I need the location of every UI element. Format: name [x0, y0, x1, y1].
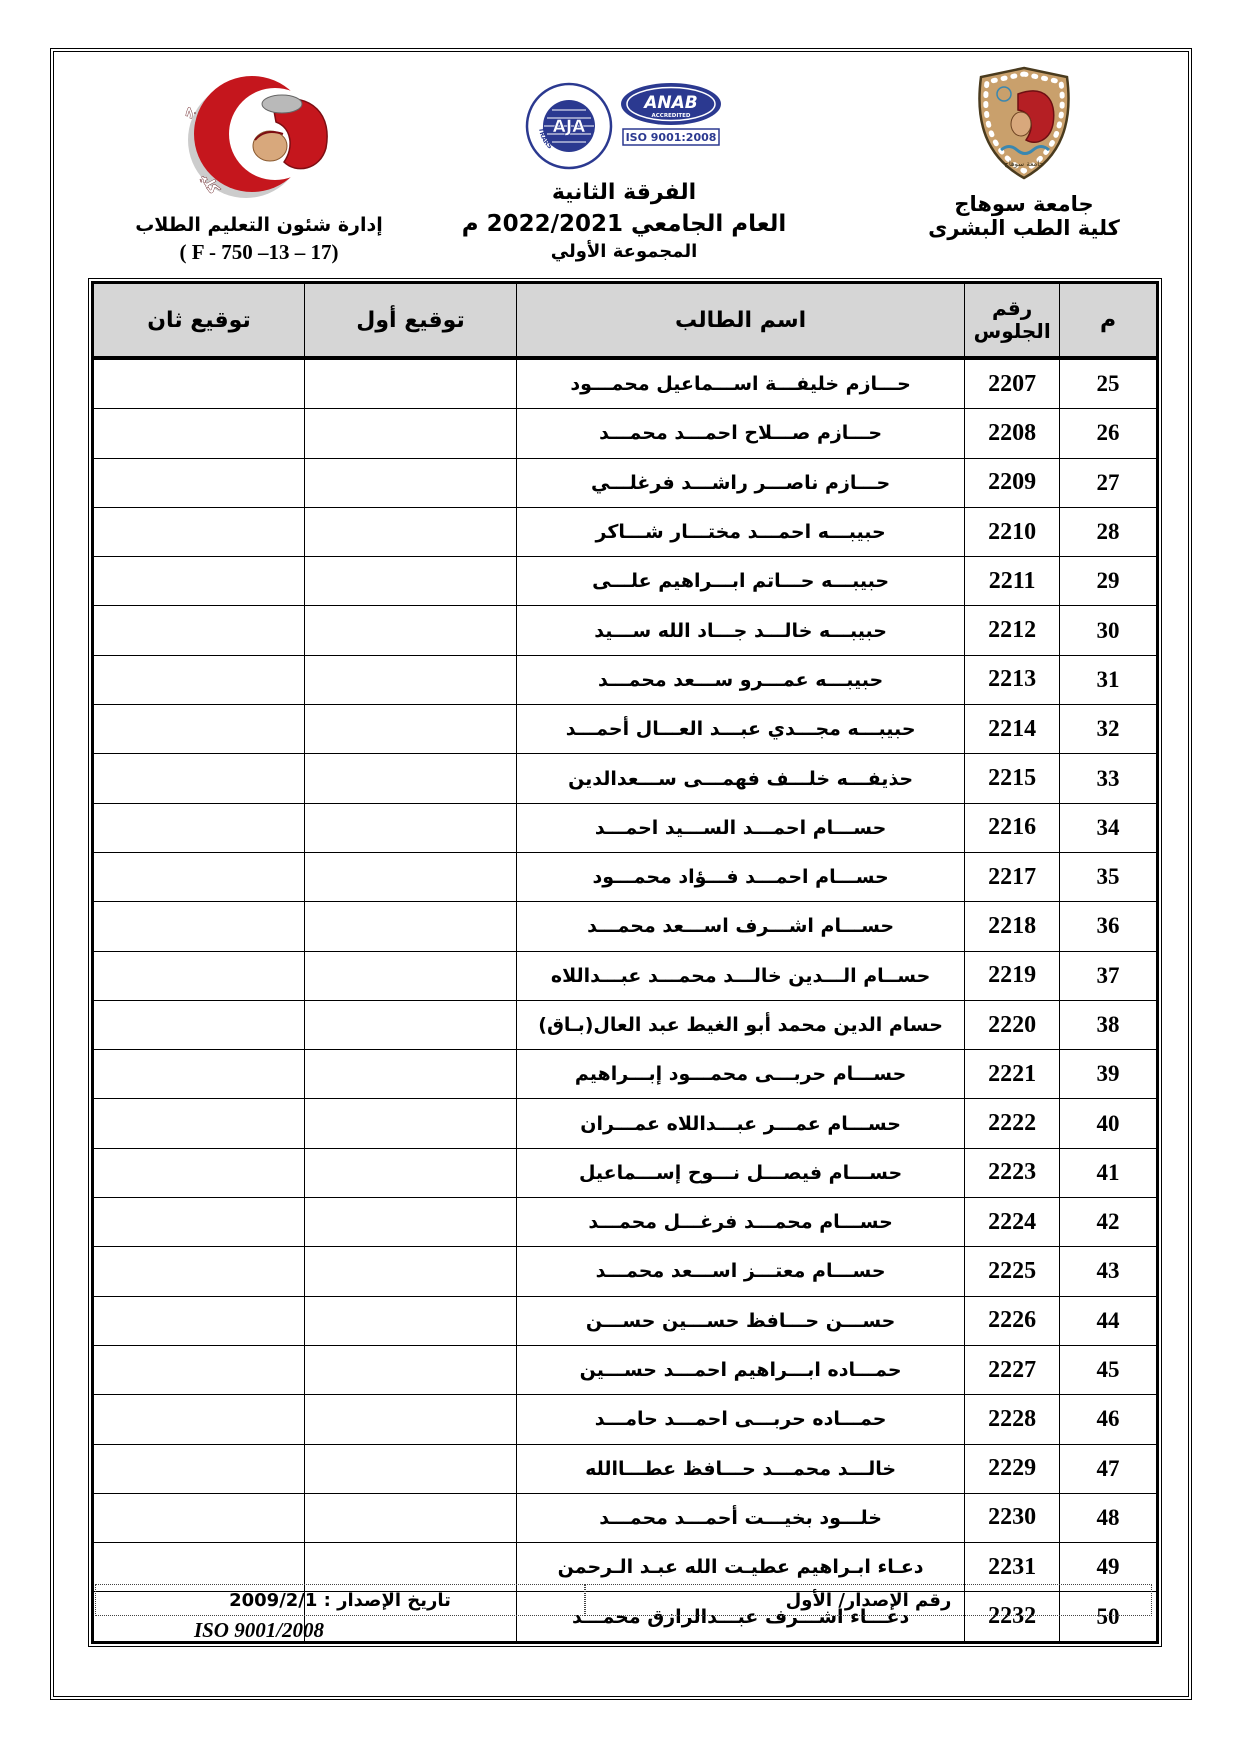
student-row: 43 2225 حســـام معتـــز اســـعد محمـــد	[93, 1247, 1158, 1296]
first-signature-cell	[305, 409, 517, 458]
second-signature-cell	[93, 852, 305, 901]
student-row: 36 2218 حســـام اشـــرف اســـعد محمـــد	[93, 902, 1158, 951]
first-signature-cell	[305, 1099, 517, 1148]
student-name-cell: حبيبـــه حـــاتم ابـــراهيم علـــى	[517, 557, 965, 606]
student-table-wrapper: م رقم الجلوس اسم الطالب توقيع أول توقيع …	[88, 278, 1162, 1647]
second-signature-cell	[93, 1050, 305, 1099]
serial-number-cell: 33	[1060, 754, 1158, 803]
serial-number-cell: 38	[1060, 1000, 1158, 1049]
second-signature-cell	[93, 1099, 305, 1148]
aja-text: AJA	[553, 117, 586, 137]
student-name-cell: حســـام اشـــرف اســـعد محمـــد	[517, 902, 965, 951]
student-row: 27 2209 حـــازم ناصـــر راشـــد فرغلـــي	[93, 458, 1158, 507]
seat-number-cell: 2230	[965, 1493, 1060, 1542]
student-row: 37 2219 حســام الـــدين خالـــد محمـــد …	[93, 951, 1158, 1000]
seat-number-cell: 2227	[965, 1345, 1060, 1394]
serial-number-cell: 47	[1060, 1444, 1158, 1493]
serial-number-cell: 28	[1060, 507, 1158, 556]
first-signature-cell	[305, 1395, 517, 1444]
student-name-cell: حســـام احمـــد فـــؤاد محمـــود	[517, 852, 965, 901]
student-name-cell: حســام الـــدين خالـــد محمـــد عبـــدال…	[517, 951, 965, 1000]
col-header-first-signature: توقيع أول	[305, 283, 517, 359]
seat-number-cell: 2217	[965, 852, 1060, 901]
second-signature-cell	[93, 655, 305, 704]
seat-number-cell: 2220	[965, 1000, 1060, 1049]
first-signature-cell	[305, 655, 517, 704]
serial-number-cell: 46	[1060, 1395, 1158, 1444]
seat-number-cell: 2222	[965, 1099, 1060, 1148]
aja-arc-top-text: ANGLO JAPANESE AMERICAN	[525, 82, 528, 84]
first-signature-cell	[305, 803, 517, 852]
svg-text:ANGLO JAPANESE AMERICAN: ANGLO JAPANESE AMERICAN	[525, 82, 528, 84]
first-signature-cell	[305, 1444, 517, 1493]
university-shield-logo: جامعة سوهاج	[963, 64, 1085, 182]
second-signature-cell	[93, 705, 305, 754]
student-name-cell: حـــازم صـــلاح احمـــد محمـــد	[517, 409, 965, 458]
anab-accredited-text: ACCREDITED	[651, 113, 690, 119]
seat-number-cell: 2209	[965, 458, 1060, 507]
serial-number-cell: 41	[1060, 1148, 1158, 1197]
serial-number-cell: 48	[1060, 1493, 1158, 1542]
student-row: 34 2216 حســـام احمـــد الســـيد احمـــد	[93, 803, 1158, 852]
seat-number-cell: 2221	[965, 1050, 1060, 1099]
second-signature-cell	[93, 1198, 305, 1247]
seat-number-cell: 2219	[965, 951, 1060, 1000]
second-signature-cell	[93, 1247, 305, 1296]
student-row: 32 2214 حبيبـــه مجـــدي عبـــد العـــال…	[93, 705, 1158, 754]
serial-number-cell: 26	[1060, 409, 1158, 458]
first-signature-cell	[305, 902, 517, 951]
faculty-crescent-logo: جامعة سوهاج كلية الطب	[154, 70, 364, 202]
seat-number-cell: 2212	[965, 606, 1060, 655]
issue-date-box: تاريخ الإصدار : 2009/2/1	[95, 1584, 585, 1616]
seat-number-cell: 2213	[965, 655, 1060, 704]
seat-number-cell: 2210	[965, 507, 1060, 556]
academic-year-title: العام الجامعي 2022/2021 م	[444, 211, 804, 237]
student-name-cell: حمـــاده حربـــى احمـــد حامـــد	[517, 1395, 965, 1444]
student-name-cell: حذيفـــه خلـــف فهمـــى ســـعدالدين	[517, 754, 965, 803]
seat-number-cell: 2225	[965, 1247, 1060, 1296]
student-row: 46 2228 حمـــاده حربـــى احمـــد حامـــد	[93, 1395, 1158, 1444]
student-row: 31 2213 حبيبـــه عمـــرو ســـعد محمـــد	[93, 655, 1158, 704]
second-signature-cell	[93, 1345, 305, 1394]
student-name-cell: حســـام معتـــز اســـعد محمـــد	[517, 1247, 965, 1296]
seat-number-cell: 2216	[965, 803, 1060, 852]
student-name-cell: حبيبـــه احمـــد مختـــار شـــاكر	[517, 507, 965, 556]
serial-number-cell: 39	[1060, 1050, 1158, 1099]
col-header-serial: م	[1060, 283, 1158, 359]
student-name-cell: حبيبـــه عمـــرو ســـعد محمـــد	[517, 655, 965, 704]
student-row: 33 2215 حذيفـــه خلـــف فهمـــى ســـعدال…	[93, 754, 1158, 803]
seat-number-cell: 2224	[965, 1198, 1060, 1247]
serial-number-cell: 31	[1060, 655, 1158, 704]
col-header-seat-number: رقم الجلوس	[965, 283, 1060, 359]
seat-number-cell: 2228	[965, 1395, 1060, 1444]
student-name-cell: حمـــاده ابـــراهيم احمـــد حســـين	[517, 1345, 965, 1394]
iso-certification-note: ISO 9001/2008	[139, 1618, 379, 1643]
first-signature-cell	[305, 606, 517, 655]
student-name-cell: حســـام احمـــد الســـيد احمـــد	[517, 803, 965, 852]
student-name-cell: حـــازم ناصـــر راشـــد فرغلـــي	[517, 458, 965, 507]
student-row: 47 2229 خالـــد محمـــد حـــافظ عطـــاال…	[93, 1444, 1158, 1493]
header-right-block: جامعة سوهاج جامعة سوهاج كلية الطب البشرى	[884, 64, 1164, 240]
first-signature-cell	[305, 705, 517, 754]
first-signature-cell	[305, 1493, 517, 1542]
first-signature-cell	[305, 1345, 517, 1394]
student-name-cell: حســـام حربـــى محمـــود إبـــراهيم	[517, 1050, 965, 1099]
first-signature-cell	[305, 754, 517, 803]
first-signature-cell	[305, 951, 517, 1000]
seat-number-cell: 2226	[965, 1296, 1060, 1345]
iso-9001-2008-text: ISO 9001:2008	[626, 131, 717, 144]
serial-number-cell: 35	[1060, 852, 1158, 901]
university-name: جامعة سوهاج	[884, 192, 1164, 216]
second-signature-cell	[93, 1148, 305, 1197]
student-row: 29 2211 حبيبـــه حـــاتم ابـــراهيم علــ…	[93, 557, 1158, 606]
second-signature-cell	[93, 358, 305, 409]
student-name-cell: خلـــود بخيـــت أحمـــد محمـــد	[517, 1493, 965, 1542]
student-name-cell: حســـام فيصـــل نـــوح إســـماعيل	[517, 1148, 965, 1197]
first-signature-cell	[305, 507, 517, 556]
table-header-row: م رقم الجلوس اسم الطالب توقيع أول توقيع …	[93, 283, 1158, 359]
accreditation-logos: ANAB ACCREDITED ISO 9001:2008 ANGLO JAPA…	[444, 82, 804, 170]
student-name-cell: حســـن حـــافظ حســـين حســـن	[517, 1296, 965, 1345]
student-name-cell: حبيبـــه خالـــد جـــاد الله ســـيد	[517, 606, 965, 655]
serial-number-cell: 36	[1060, 902, 1158, 951]
student-row: 30 2212 حبيبـــه خالـــد جـــاد الله ســ…	[93, 606, 1158, 655]
second-signature-cell	[93, 902, 305, 951]
col-header-student-name: اسم الطالب	[517, 283, 965, 359]
second-signature-cell	[93, 1296, 305, 1345]
serial-number-cell: 30	[1060, 606, 1158, 655]
student-name-cell: حســـام عمـــر عبـــداللاه عمـــران	[517, 1099, 965, 1148]
second-signature-cell	[93, 951, 305, 1000]
seat-number-cell: 2223	[965, 1148, 1060, 1197]
second-signature-cell	[93, 1493, 305, 1542]
student-row: 25 2207 حـــازم خليفـــة اســـماعيل محمـ…	[93, 358, 1158, 409]
seat-number-cell: 2214	[965, 705, 1060, 754]
first-signature-cell	[305, 1296, 517, 1345]
anab-text: ANAB	[642, 93, 698, 113]
serial-number-cell: 29	[1060, 557, 1158, 606]
student-name-cell: حـــازم خليفـــة اســـماعيل محمـــود	[517, 358, 965, 409]
student-table: م رقم الجلوس اسم الطالب توقيع أول توقيع …	[91, 281, 1159, 1644]
student-row: 35 2217 حســـام احمـــد فـــؤاد محمـــود	[93, 852, 1158, 901]
student-row: 45 2227 حمـــاده ابـــراهيم احمـــد حســ…	[93, 1345, 1158, 1394]
issue-number-text: رقم الإصدار/ الأول	[786, 1590, 952, 1611]
student-name-cell: حســـام محمـــد فرغـــل محمـــد	[517, 1198, 965, 1247]
header-center-block: ANAB ACCREDITED ISO 9001:2008 ANGLO JAPA…	[444, 82, 804, 262]
first-signature-cell	[305, 1148, 517, 1197]
second-signature-cell	[93, 754, 305, 803]
student-row: 42 2224 حســـام محمـــد فرغـــل محمـــد	[93, 1198, 1158, 1247]
student-name-cell: خالـــد محمـــد حـــافظ عطـــاالله	[517, 1444, 965, 1493]
first-signature-cell	[305, 1247, 517, 1296]
second-signature-cell	[93, 1444, 305, 1493]
seat-number-cell: 2207	[965, 358, 1060, 409]
serial-number-cell: 43	[1060, 1247, 1158, 1296]
student-row: 26 2208 حـــازم صـــلاح احمـــد محمـــد	[93, 409, 1158, 458]
student-row: 39 2221 حســـام حربـــى محمـــود إبـــرا…	[93, 1050, 1158, 1099]
student-name-cell: حبيبـــه مجـــدي عبـــد العـــال أحمـــد	[517, 705, 965, 754]
second-signature-cell	[93, 606, 305, 655]
second-signature-cell	[93, 458, 305, 507]
first-signature-cell	[305, 358, 517, 409]
student-row: 48 2230 خلـــود بخيـــت أحمـــد محمـــد	[93, 1493, 1158, 1542]
serial-number-cell: 34	[1060, 803, 1158, 852]
seat-number-cell: 2215	[965, 754, 1060, 803]
document-page: جامعة سوهاج كلية الطب إدارة شئون التعليم…	[0, 0, 1241, 1754]
header-left-block: جامعة سوهاج كلية الطب إدارة شئون التعليم…	[94, 70, 424, 265]
grade-title: الفرقة الثانية	[444, 180, 804, 205]
student-name-cell: حسام الدين محمد أبو الغيط عبد العال(بـاق…	[517, 1000, 965, 1049]
shield-caption-text: جامعة سوهاج	[1004, 160, 1043, 168]
issue-number-box: رقم الإصدار/ الأول	[585, 1584, 1152, 1616]
first-signature-cell	[305, 1198, 517, 1247]
issue-date-text: تاريخ الإصدار : 2009/2/1	[229, 1590, 451, 1611]
first-signature-cell	[305, 458, 517, 507]
page-border-frame: جامعة سوهاج كلية الطب إدارة شئون التعليم…	[50, 48, 1192, 1700]
serial-number-cell: 45	[1060, 1345, 1158, 1394]
student-row: 38 2220 حسام الدين محمد أبو الغيط عبد ال…	[93, 1000, 1158, 1049]
first-signature-cell	[305, 1050, 517, 1099]
student-table-body: 25 2207 حـــازم خليفـــة اســـماعيل محمـ…	[93, 358, 1158, 1642]
student-row: 41 2223 حســـام فيصـــل نـــوح إســـماعي…	[93, 1148, 1158, 1197]
seat-number-cell: 2229	[965, 1444, 1060, 1493]
aja-logo: ANGLO JAPANESE AMERICAN REGISTRARS AJA	[525, 82, 613, 170]
second-signature-cell	[93, 507, 305, 556]
faculty-name: كلية الطب البشرى	[884, 216, 1164, 240]
department-line: إدارة شئون التعليم الطلاب	[94, 214, 424, 236]
first-signature-cell	[305, 852, 517, 901]
serial-number-cell: 40	[1060, 1099, 1158, 1148]
second-signature-cell	[93, 1000, 305, 1049]
seat-number-cell: 2218	[965, 902, 1060, 951]
logo-top-text: جامعة سوهاج	[154, 70, 198, 120]
seat-number-cell: 2211	[965, 557, 1060, 606]
second-signature-cell	[93, 409, 305, 458]
serial-number-cell: 32	[1060, 705, 1158, 754]
form-code: ( F - 750 –13 – 17)	[94, 240, 424, 265]
seat-number-cell: 2208	[965, 409, 1060, 458]
student-row: 40 2222 حســـام عمـــر عبـــداللاه عمـــ…	[93, 1099, 1158, 1148]
second-signature-cell	[93, 1395, 305, 1444]
serial-number-cell: 27	[1060, 458, 1158, 507]
first-signature-cell	[305, 1000, 517, 1049]
first-signature-cell	[305, 557, 517, 606]
second-signature-cell	[93, 557, 305, 606]
serial-number-cell: 37	[1060, 951, 1158, 1000]
serial-number-cell: 44	[1060, 1296, 1158, 1345]
student-row: 28 2210 حبيبـــه احمـــد مختـــار شـــاك…	[93, 507, 1158, 556]
student-row: 44 2226 حســـن حـــافظ حســـين حســـن	[93, 1296, 1158, 1345]
serial-number-cell: 42	[1060, 1198, 1158, 1247]
serial-number-cell: 25	[1060, 358, 1158, 409]
svg-text:جامعة سوهاج: جامعة سوهاج	[154, 70, 198, 120]
second-signature-cell	[93, 803, 305, 852]
anab-logo: ANAB ACCREDITED ISO 9001:2008	[619, 82, 723, 148]
group-title: المجموعة الأولي	[444, 241, 804, 262]
col-header-second-signature: توقيع ثان	[93, 283, 305, 359]
